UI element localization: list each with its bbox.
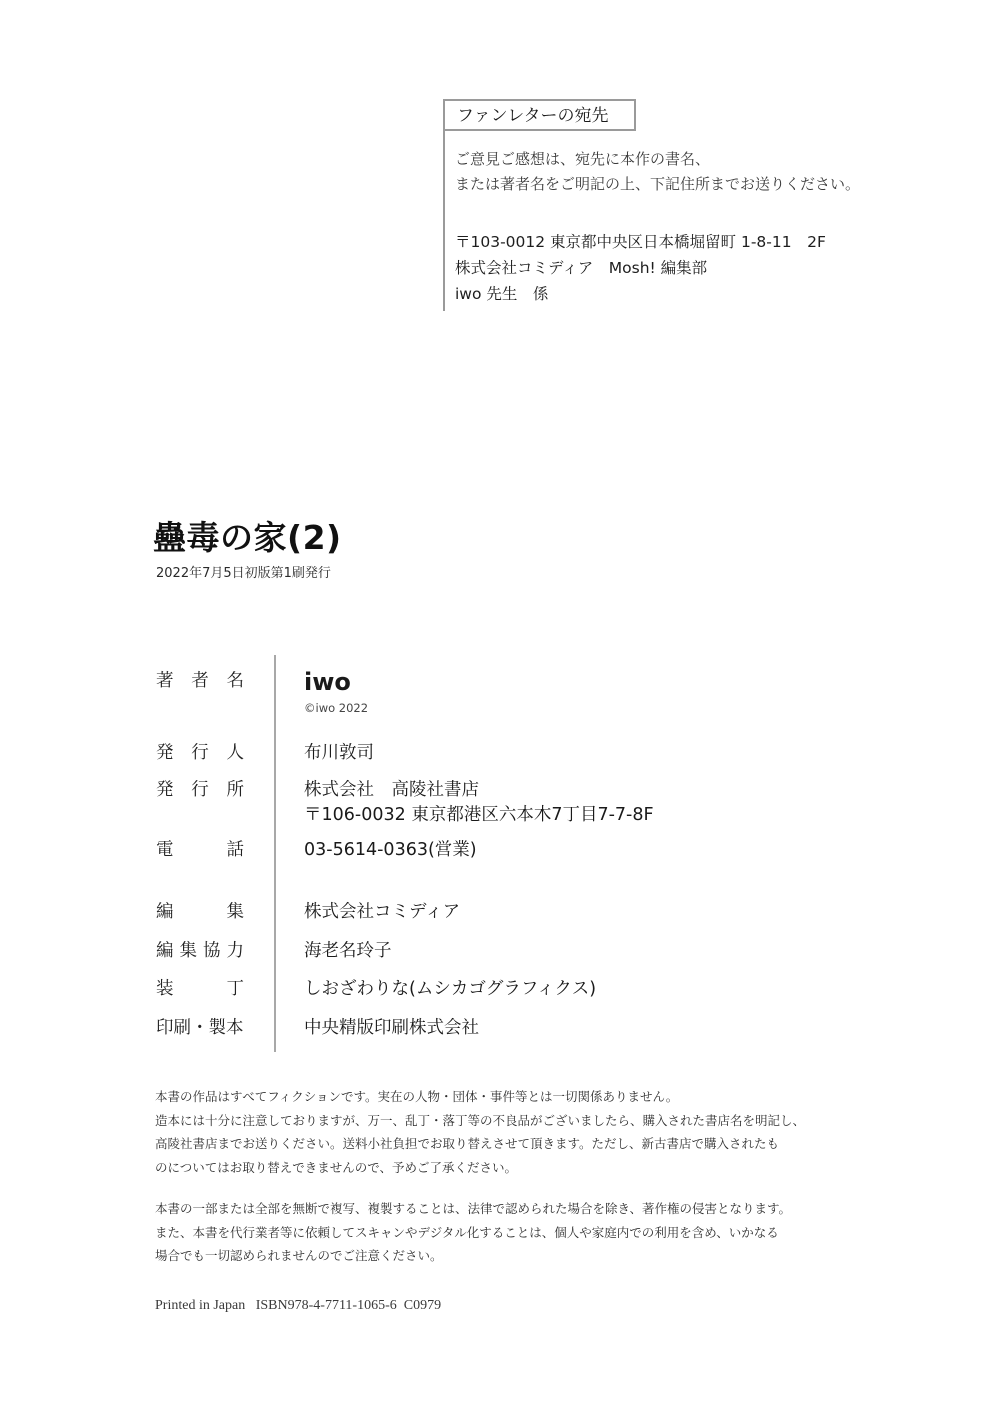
label-char: 編 — [156, 939, 174, 963]
credit-label-editing: 編 集 — [156, 900, 244, 924]
label-char: 協 — [203, 939, 221, 963]
label-char: 印刷・製本 — [156, 1016, 244, 1040]
label-char: 編 — [156, 900, 174, 924]
fan-letter-message-line: ご意見ご感想は、宛先に本作の書名、 — [455, 147, 860, 172]
fan-letter-message: ご意見ご感想は、宛先に本作の書名、 または著者名をご明記の上、下記住所までお送り… — [455, 147, 860, 197]
printed-in: Printed in Japan — [155, 1298, 245, 1313]
notice-copyright: 本書の一部または全部を無断で複写、複製することは、法律で認められた場合を除き、著… — [155, 1197, 791, 1268]
label-char: 話 — [227, 838, 245, 862]
fan-letter-heading: ファンレターの宛先 — [445, 99, 636, 131]
notice-line: 本書の作品はすべてフィクションです。実在の人物・団体・事件等とは一切関係ありませ… — [155, 1085, 805, 1109]
label-char: 行 — [191, 778, 209, 802]
fan-letter-address-line: 株式会社コミディア Mosh! 編集部 — [455, 255, 826, 281]
credit-label-publisher: 発 行 人 — [156, 741, 244, 765]
notice-line: 造本には十分に注意しておりますが、万一、乱丁・落丁等の不良品がございましたら、購… — [155, 1109, 805, 1133]
publication-date: 2022年7月5日初版第1刷発行 — [156, 565, 331, 583]
notice-line: 場合でも一切認められませんのでご注意ください。 — [155, 1244, 791, 1268]
credit-label-editing-cooperation: 編 集 協 力 — [156, 939, 244, 963]
notice-line: 本書の一部または全部を無断で複写、複製することは、法律で認められた場合を除き、著… — [155, 1197, 791, 1221]
notice-line: また、本書を代行業者等に依頼してスキャンやデジタル化することは、個人や家庭内での… — [155, 1221, 791, 1245]
credit-label-printing: 印刷・製本 — [156, 1016, 244, 1040]
fan-letter-address-line: iwo 先生 係 — [455, 281, 826, 307]
credit-value-design: しおざわりな(ムシカゴグラフィクス) — [304, 977, 596, 1001]
label-char: 者 — [191, 669, 209, 693]
book-code: C0979 — [404, 1298, 441, 1313]
copyright-notice: ©iwo 2022 — [304, 700, 368, 716]
label-char: 装 — [156, 977, 174, 1001]
fan-letter-address: 〒103-0012 東京都中央区日本橋堀留町 1-8-11 2F 株式会社コミデ… — [455, 229, 826, 307]
notice-line: のについてはお取り替えできませんので、予めご了承ください。 — [155, 1156, 805, 1180]
label-char: 電 — [156, 838, 174, 862]
label-char: 名 — [227, 669, 245, 693]
label-char: 力 — [227, 939, 245, 963]
label-char: 著 — [156, 669, 174, 693]
label-char: 丁 — [227, 977, 245, 1001]
publishing-house-address: 〒106-0032 東京都港区六本木7丁目7-7-8F — [304, 803, 654, 827]
label-char: 集 — [180, 939, 198, 963]
fan-letter-message-line: または著者名をご明記の上、下記住所までお送りください。 — [455, 172, 860, 197]
credit-value-author: iwo — [304, 667, 351, 697]
fan-letter-box: ファンレターの宛先 ご意見ご感想は、宛先に本作の書名、 または著者名をご明記の上… — [443, 99, 923, 311]
book-title: 蠱毒の家(2) — [153, 516, 342, 560]
credit-label-design: 装 丁 — [156, 977, 244, 1001]
colophon-line: Printed in Japan ISBN978-4-7711-1065-6 C… — [155, 1297, 441, 1315]
credit-value-editing: 株式会社コミディア — [304, 900, 460, 924]
credit-value-publishing-house: 株式会社 高陵社書店 — [304, 778, 479, 802]
label-char: 発 — [156, 741, 174, 765]
label-char: 発 — [156, 778, 174, 802]
credit-value-printing: 中央精版印刷株式会社 — [304, 1016, 479, 1040]
isbn: ISBN978-4-7711-1065-6 — [256, 1298, 397, 1313]
label-char: 行 — [191, 741, 209, 765]
credit-label-author: 著 者 名 — [156, 669, 244, 693]
notice-fiction-defects: 本書の作品はすべてフィクションです。実在の人物・団体・事件等とは一切関係ありませ… — [155, 1085, 805, 1179]
label-char: 所 — [227, 778, 245, 802]
credits-divider — [274, 655, 276, 1052]
credit-label-phone: 電 話 — [156, 838, 244, 862]
fan-letter-address-line: 〒103-0012 東京都中央区日本橋堀留町 1-8-11 2F — [455, 229, 826, 255]
credit-value-publisher: 布川敦司 — [304, 741, 374, 765]
notice-line: 高陵社書店までお送りください。送料小社負担でお取り替えさせて頂きます。ただし、新… — [155, 1132, 805, 1156]
credit-label-publishing-house: 発 行 所 — [156, 778, 244, 802]
credit-value-editing-cooperation: 海老名玲子 — [304, 939, 392, 963]
label-char: 集 — [227, 900, 245, 924]
label-char: 人 — [227, 741, 245, 765]
credit-value-phone: 03-5614-0363(営業) — [304, 838, 477, 862]
